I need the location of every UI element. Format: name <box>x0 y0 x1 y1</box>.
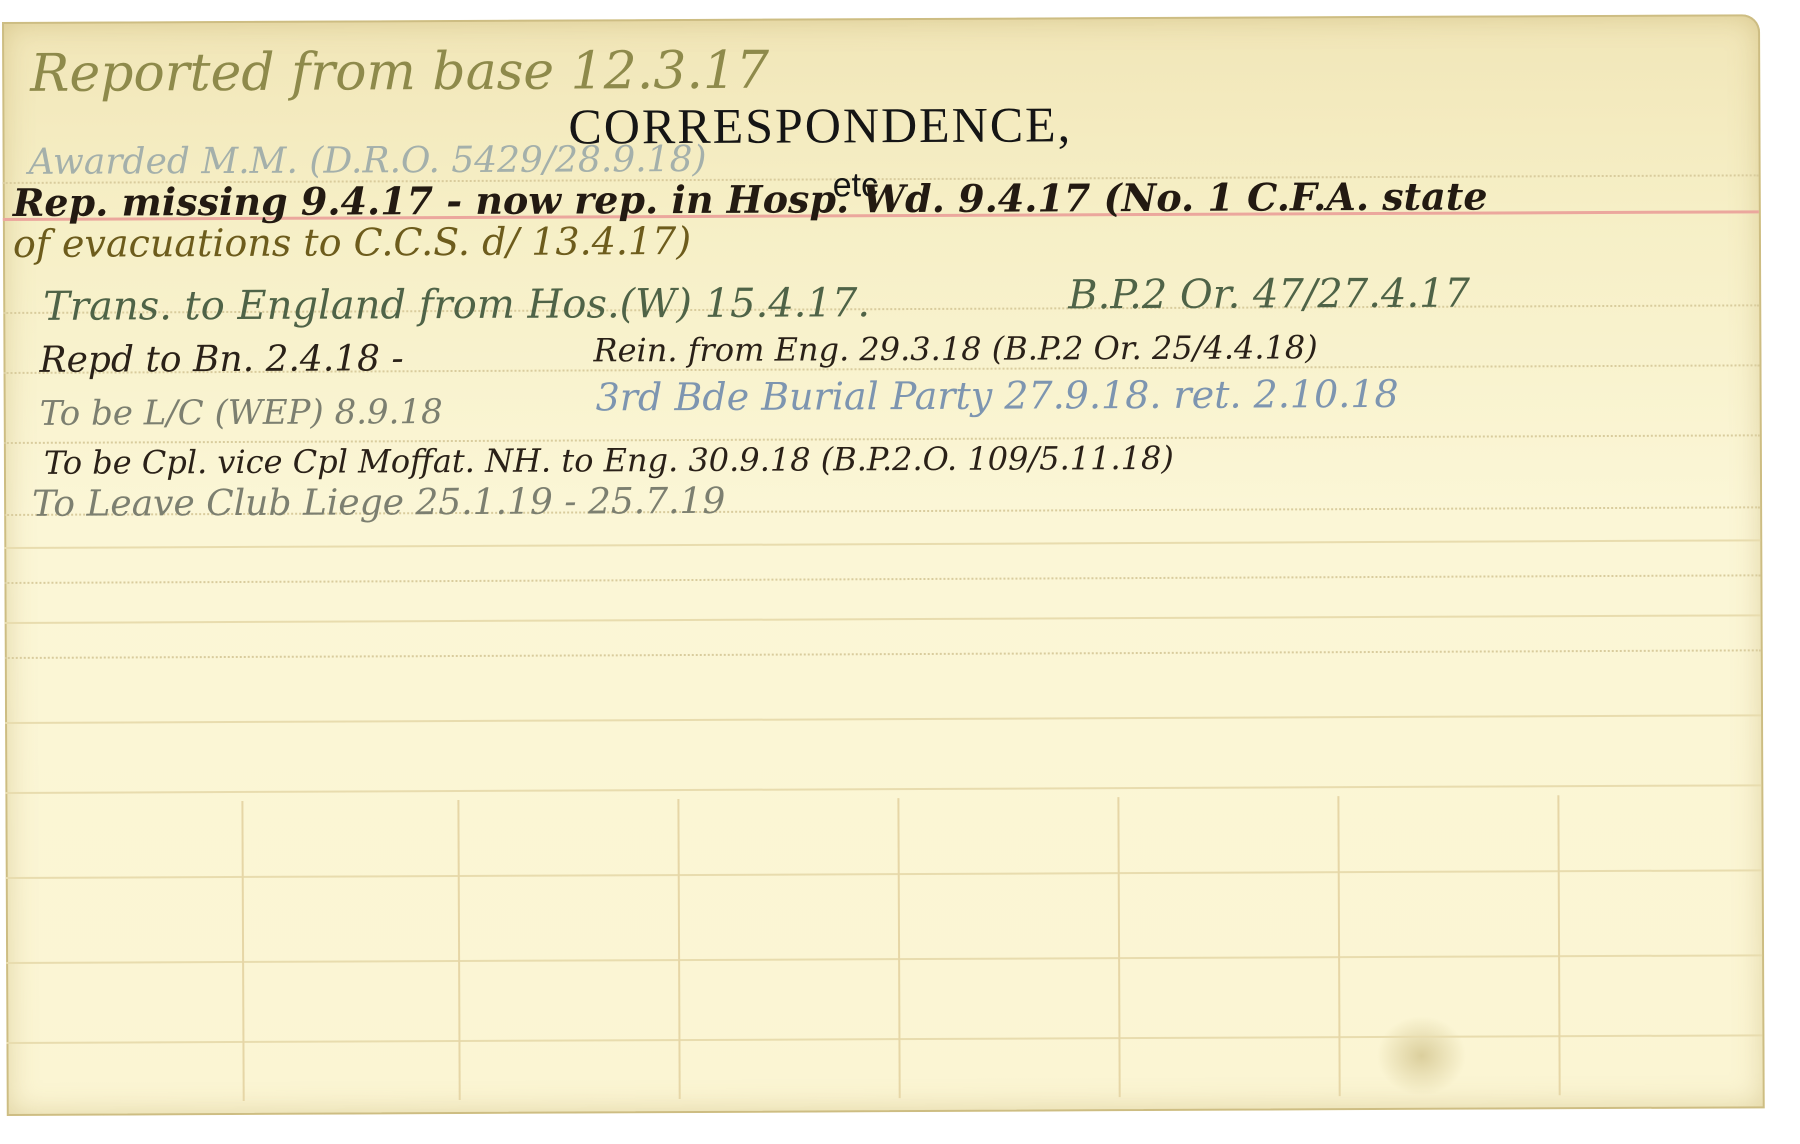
entry-reported-missing: Rep. missing 9.4.17 - now rep. in Hosp. … <box>13 174 1488 225</box>
ruled-line <box>5 784 1761 794</box>
column-rule <box>241 801 244 1101</box>
entry-awarded-mm: Awarded M.M. (D.R.O. 5429/28.9.18) <box>29 139 707 183</box>
entry-evacuations: of evacuations to C.C.S. d/ 13.4.17) <box>13 219 691 266</box>
column-rule <box>897 798 900 1098</box>
column-rule <box>1337 796 1340 1096</box>
ruled-line <box>6 1034 1762 1044</box>
entry-rep-to-bn: Repd to Bn. 2.4.18 - <box>39 338 403 381</box>
entry-to-be-cpl: To be Cpl. vice Cpl Moffat. NH. to Eng. … <box>44 439 1174 482</box>
column-rule <box>457 800 460 1100</box>
entry-leave-club-liege: To Leave Club Liege 25.1.19 - 25.7.19 <box>32 481 725 525</box>
column-rule <box>677 799 680 1099</box>
ruled-line <box>6 869 1762 879</box>
ruled-line <box>4 539 1760 549</box>
entry-rein-from-eng: Rein. from Eng. 29.3.18 (B.P.2 Or. 25/4.… <box>593 328 1317 369</box>
entry-to-be-lc: To be L/C (WEP) 8.9.18 <box>40 392 443 434</box>
column-rule <box>1117 797 1120 1097</box>
column-rule <box>1557 795 1560 1095</box>
entry-burial-party: 3rd Bde Burial Party 27.9.18. ret. 2.10.… <box>596 372 1399 420</box>
entry-trans-england: Trans. to England from Hos.(W) 15.4.17. <box>43 280 870 330</box>
stain <box>1376 1016 1466 1096</box>
entry-reported-from-base: Reported from base 12.3.17 <box>30 41 769 104</box>
ruled-line <box>5 714 1761 724</box>
record-card: CORRESPONDENCE, etc Reported from base 1… <box>2 14 1765 1116</box>
ruled-line <box>6 954 1762 964</box>
ruled-line <box>5 614 1761 624</box>
ruled-line <box>4 574 1760 584</box>
entry-bp2-47: B.P.2 Or. 47/27.4.17 <box>1068 271 1470 319</box>
ruled-line <box>5 649 1761 659</box>
